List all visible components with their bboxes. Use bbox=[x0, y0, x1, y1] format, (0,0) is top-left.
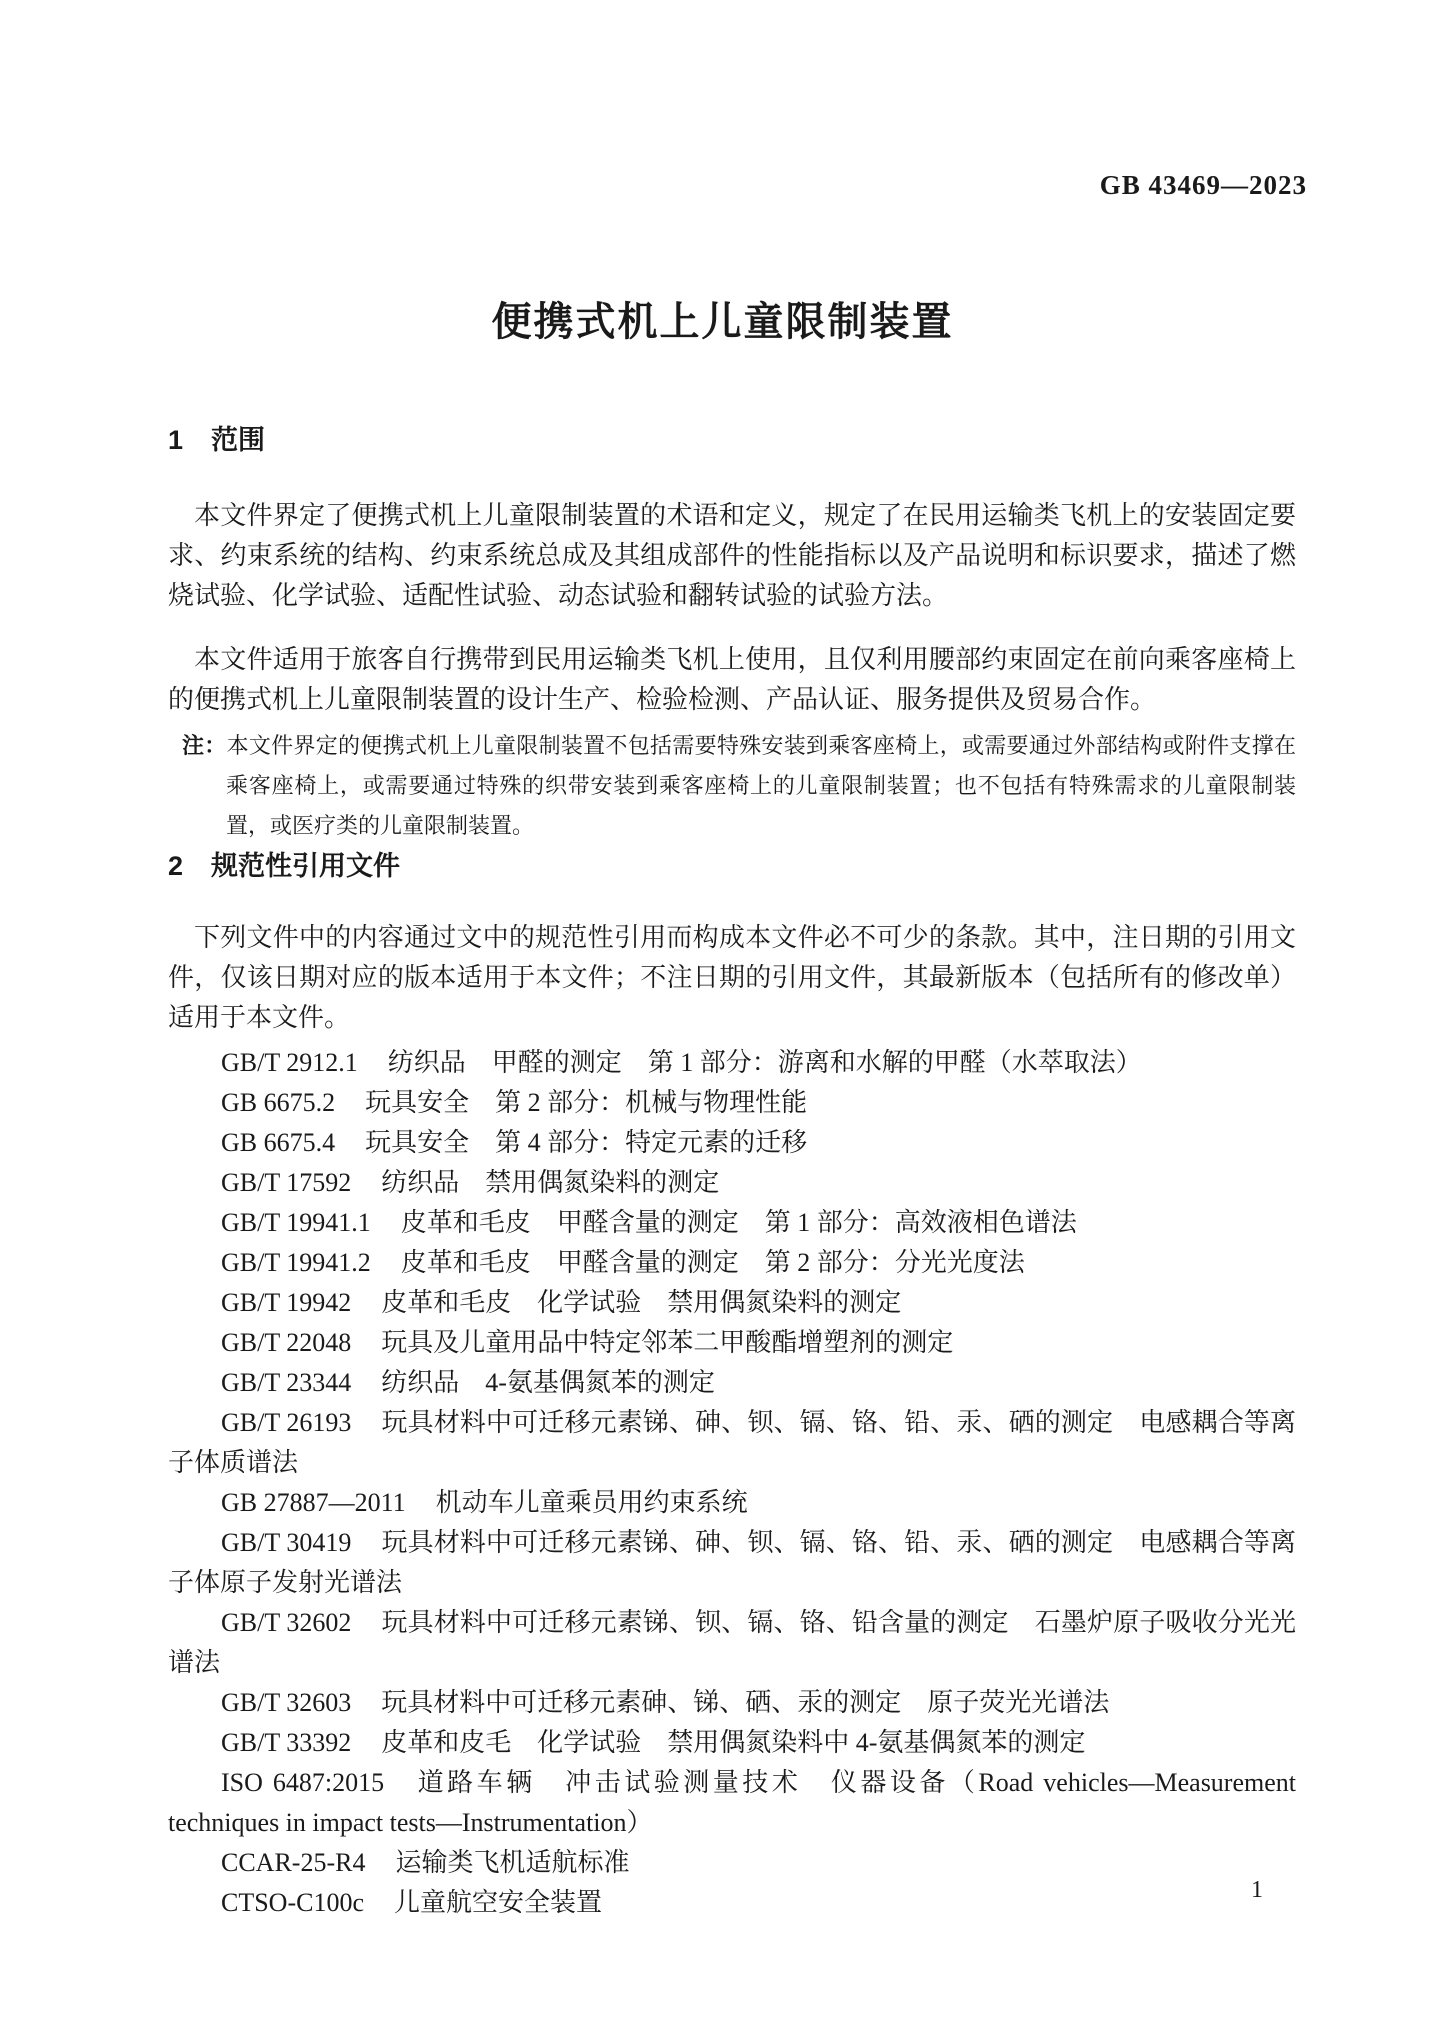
reference-title: 纺织品 4-氨基偶氮苯的测定 bbox=[381, 1368, 715, 1397]
reference-code: ISO 6487:2015 bbox=[221, 1768, 384, 1797]
section-2-number: 2 bbox=[168, 851, 183, 881]
reference-title: 皮革和毛皮 化学试验 禁用偶氮染料的测定 bbox=[381, 1288, 901, 1317]
reference-item: GB 6675.2玩具安全 第 2 部分：机械与物理性能 bbox=[168, 1083, 1296, 1123]
reference-title: 皮革和皮毛 化学试验 禁用偶氮染料中 4-氨基偶氮苯的测定 bbox=[381, 1728, 1085, 1757]
reference-title: 玩具材料中可迁移元素砷、锑、硒、汞的测定 原子荧光光谱法 bbox=[381, 1688, 1109, 1717]
reference-item: GB/T 19942皮革和毛皮 化学试验 禁用偶氮染料的测定 bbox=[168, 1283, 1296, 1323]
reference-title: 纺织品 甲醛的测定 第 1 部分：游离和水解的甲醛（水萃取法） bbox=[388, 1048, 1142, 1077]
scope-paragraph-2: 本文件适用于旅客自行携带到民用运输类飞机上使用，且仅利用腰部约束固定在前向乘客座… bbox=[168, 640, 1296, 720]
reference-title: 玩具及儿童用品中特定邻苯二甲酸酯增塑剂的测定 bbox=[381, 1328, 953, 1357]
reference-title: 皮革和毛皮 甲醛含量的测定 第 1 部分：高效液相色谱法 bbox=[401, 1208, 1077, 1237]
section-1-title: 范围 bbox=[211, 425, 265, 455]
reference-code: GB/T 19941.1 bbox=[221, 1208, 371, 1237]
reference-code: CCAR-25-R4 bbox=[221, 1848, 365, 1877]
reference-item: GB 6675.4玩具安全 第 4 部分：特定元素的迁移 bbox=[168, 1123, 1296, 1163]
reference-item: GB/T 32602玩具材料中可迁移元素锑、钡、镉、铬、铅含量的测定 石墨炉原子… bbox=[168, 1603, 1296, 1683]
reference-code: GB/T 2912.1 bbox=[221, 1048, 358, 1077]
scope-paragraph-1: 本文件界定了便携式机上儿童限制装置的术语和定义，规定了在民用运输类飞机上的安装固… bbox=[168, 496, 1296, 616]
reference-code: GB/T 26193 bbox=[221, 1408, 351, 1437]
page-title: 便携式机上儿童限制装置 bbox=[0, 298, 1445, 346]
section-2-heading: 2规范性引用文件 bbox=[168, 846, 1296, 886]
reference-title: 皮革和毛皮 甲醛含量的测定 第 2 部分：分光光度法 bbox=[401, 1248, 1025, 1277]
section-1-heading: 1范围 bbox=[168, 420, 1296, 460]
section-2-title: 规范性引用文件 bbox=[211, 851, 400, 881]
section-1-number: 1 bbox=[168, 425, 183, 455]
reference-code: GB/T 33392 bbox=[221, 1728, 351, 1757]
note-label: 注： bbox=[182, 733, 227, 758]
reference-title: 玩具安全 第 2 部分：机械与物理性能 bbox=[365, 1088, 807, 1117]
reference-code: GB/T 17592 bbox=[221, 1168, 351, 1197]
reference-list: GB/T 2912.1纺织品 甲醛的测定 第 1 部分：游离和水解的甲醛（水萃取… bbox=[168, 1043, 1296, 1923]
reference-code: GB/T 22048 bbox=[221, 1328, 351, 1357]
reference-code: GB/T 23344 bbox=[221, 1368, 351, 1397]
reference-code: GB/T 19942 bbox=[221, 1288, 351, 1317]
reference-item: GB/T 17592纺织品 禁用偶氮染料的测定 bbox=[168, 1163, 1296, 1203]
reference-item: GB/T 23344纺织品 4-氨基偶氮苯的测定 bbox=[168, 1363, 1296, 1403]
reference-item: GB/T 2912.1纺织品 甲醛的测定 第 1 部分：游离和水解的甲醛（水萃取… bbox=[168, 1043, 1296, 1083]
page-number: 1 bbox=[1251, 1876, 1263, 1904]
standard-number: GB 43469—2023 bbox=[1100, 170, 1307, 200]
reference-item: GB/T 19941.1皮革和毛皮 甲醛含量的测定 第 1 部分：高效液相色谱法 bbox=[168, 1203, 1296, 1243]
reference-item: GB/T 26193玩具材料中可迁移元素锑、砷、钡、镉、铬、铅、汞、硒的测定 电… bbox=[168, 1403, 1296, 1483]
note-text: 本文件界定的便携式机上儿童限制装置不包括需要特殊安装到乘客座椅上，或需要通过外部… bbox=[226, 733, 1296, 838]
reference-title: 儿童航空安全装置 bbox=[394, 1888, 602, 1917]
reference-code: GB 27887—2011 bbox=[221, 1488, 406, 1517]
reference-title: 纺织品 禁用偶氮染料的测定 bbox=[381, 1168, 719, 1197]
reference-title: 机动车儿童乘员用约束系统 bbox=[436, 1488, 748, 1517]
reference-code: CTSO-C100c bbox=[221, 1888, 364, 1917]
reference-item: CTSO-C100c儿童航空安全装置 bbox=[168, 1883, 1296, 1923]
reference-code: GB 6675.4 bbox=[221, 1128, 335, 1157]
reference-item: GB/T 30419玩具材料中可迁移元素锑、砷、钡、镉、铬、铅、汞、硒的测定 电… bbox=[168, 1523, 1296, 1603]
reference-code: GB/T 32603 bbox=[221, 1688, 351, 1717]
reference-title: 运输类飞机适航标准 bbox=[395, 1848, 629, 1877]
reference-code: GB/T 30419 bbox=[221, 1528, 351, 1557]
document-body: 1范围 本文件界定了便携式机上儿童限制装置的术语和定义，规定了在民用运输类飞机上… bbox=[168, 420, 1296, 1923]
document-page: GB 43469—2023 便携式机上儿童限制装置 1范围 本文件界定了便携式机… bbox=[0, 0, 1445, 2044]
reference-code: GB 6675.2 bbox=[221, 1088, 335, 1117]
scope-note: 注：本文件界定的便携式机上儿童限制装置不包括需要特殊安装到乘客座椅上，或需要通过… bbox=[168, 726, 1296, 846]
reference-item: GB/T 19941.2皮革和毛皮 甲醛含量的测定 第 2 部分：分光光度法 bbox=[168, 1243, 1296, 1283]
reference-item: ISO 6487:2015道路车辆 冲击试验测量技术 仪器设备（Road veh… bbox=[168, 1763, 1296, 1843]
reference-title: 玩具安全 第 4 部分：特定元素的迁移 bbox=[365, 1128, 807, 1157]
reference-item: GB/T 33392皮革和皮毛 化学试验 禁用偶氮染料中 4-氨基偶氮苯的测定 bbox=[168, 1723, 1296, 1763]
reference-item: GB 27887—2011机动车儿童乘员用约束系统 bbox=[168, 1483, 1296, 1523]
reference-item: GB/T 32603玩具材料中可迁移元素砷、锑、硒、汞的测定 原子荧光光谱法 bbox=[168, 1683, 1296, 1723]
reference-code: GB/T 19941.2 bbox=[221, 1248, 371, 1277]
reference-code: GB/T 32602 bbox=[221, 1608, 351, 1637]
references-intro-paragraph: 下列文件中的内容通过文中的规范性引用而构成本文件必不可少的条款。其中，注日期的引… bbox=[168, 918, 1296, 1038]
reference-item: GB/T 22048玩具及儿童用品中特定邻苯二甲酸酯增塑剂的测定 bbox=[168, 1323, 1296, 1363]
reference-item: CCAR-25-R4运输类飞机适航标准 bbox=[168, 1843, 1296, 1883]
